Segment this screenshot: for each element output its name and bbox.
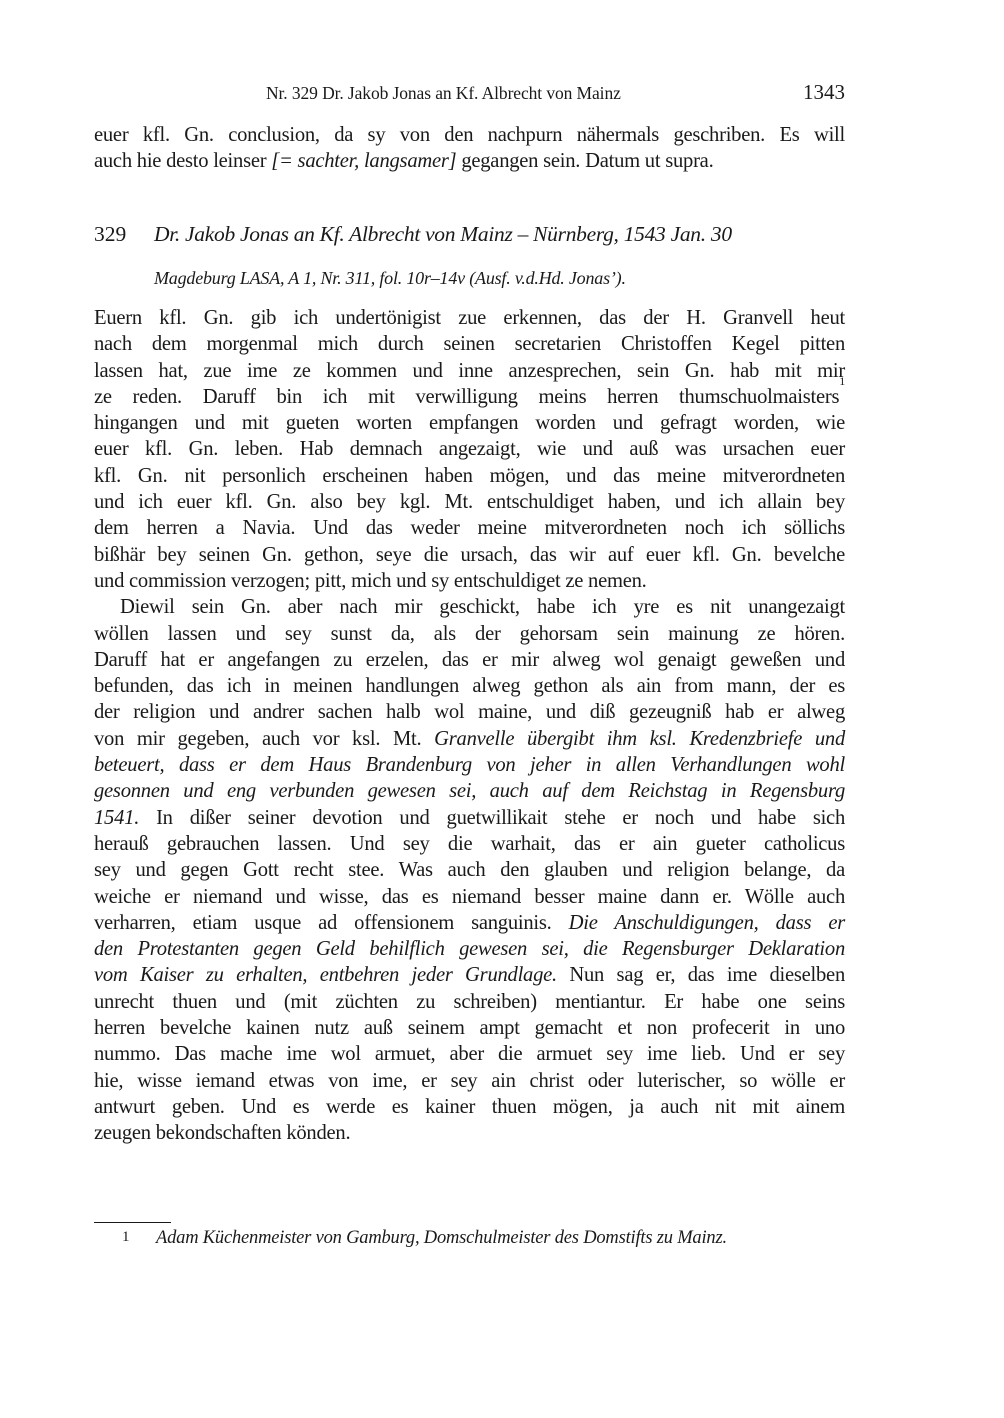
text-line: zeugen bekondschaften könden. <box>94 1120 845 1146</box>
text-line: herauß gebrauchen lassen. Und sey die wa… <box>94 831 845 857</box>
running-head: Nr. 329 Dr. Jakob Jonas an Kf. Albrecht … <box>94 80 845 106</box>
text-line: der religion und andrer sachen halb wol … <box>94 699 845 725</box>
editorial-summary: Granvelle übergibt ihm ksl. Kredenzbrief… <box>434 728 845 750</box>
editorial-summary: Die Anschuldigungen, dass er <box>569 912 845 934</box>
text-line: gesonnen und eng verbunden gewesen sei, … <box>94 778 845 804</box>
footnote-number: 1 <box>94 1229 156 1246</box>
text-line: herren bevelche kainen nutz auß seinem a… <box>94 1015 845 1041</box>
editorial-summary: 1541. <box>94 807 139 829</box>
editorial-summary: vom Kaiser zu erhalten, entbehren jeder … <box>94 964 557 986</box>
text-line: Euern kfl. Gn. gib ich undertönigist zue… <box>94 305 845 331</box>
text-line: und commission verzogen; pitt, mich und … <box>94 568 845 594</box>
footnote-divider <box>94 1222 171 1223</box>
text-line: den Protestanten gegen Geld behilflich g… <box>94 936 845 962</box>
document-body: Euern kfl. Gn. gib ich undertönigist zue… <box>94 305 845 1147</box>
previous-document-end: euer kfl. Gn. conclusion, da sy von den … <box>94 122 845 175</box>
editorial-summary: den Protestanten gegen Geld behilflich g… <box>94 938 845 960</box>
text-line: euer kfl. Gn. leben. Hab demnach angezai… <box>94 436 845 462</box>
text-line: nummo. Das mache ime wol armuet, aber di… <box>94 1041 845 1067</box>
text-line: Daruff hat er angefangen zu erzelen, das… <box>94 647 845 673</box>
document-number: 329 <box>94 222 154 247</box>
text-line: euer kfl. Gn. conclusion, da sy von den … <box>94 122 845 148</box>
editorial-summary: beteuert, dass er dem Haus Brandenburg v… <box>94 754 845 776</box>
text-line: wöllen lassen und sey sunst da, als der … <box>94 621 845 647</box>
text-line: bißhär bey seinen Gn. gethon, seye die u… <box>94 542 845 568</box>
paragraph-2: Diewil sein Gn. aber nach mir geschickt,… <box>94 594 845 1146</box>
footnote-text: Adam Küchenmeister von Gamburg, Domschul… <box>156 1228 727 1248</box>
text-line: lassen hat, zue ime ze kommen und inne a… <box>94 358 845 384</box>
editorial-gloss: [= sachter, langsamer] <box>271 150 456 172</box>
editorial-summary: gesonnen und eng verbunden gewesen sei, … <box>94 780 845 802</box>
text-line: 1541. In dißer seiner devotion und guetw… <box>94 805 845 831</box>
page-number: 1343 <box>803 80 845 105</box>
text-line: Diewil sein Gn. aber nach mir geschickt,… <box>94 594 845 620</box>
text-line: vom Kaiser zu erhalten, entbehren jeder … <box>94 962 845 988</box>
text-line: kfl. Gn. nit personlich erscheinen haben… <box>94 463 845 489</box>
text-line: hie, wisse iemand etwas von ime, er sey … <box>94 1068 845 1094</box>
text-line: weiche er niemand und wisse, das es niem… <box>94 884 845 910</box>
text-line: antwurt geben. Und es werde es kainer th… <box>94 1094 845 1120</box>
text-line: dem herren a Navia. Und das weder meine … <box>94 515 845 541</box>
source-citation: Magdeburg LASA, A 1, Nr. 311, fol. 10r–1… <box>154 268 626 289</box>
text-line: verharren, etiam usque ad offensionem sa… <box>94 910 845 936</box>
text-line: ze reden. Daruff bin ich mit verwilligun… <box>94 384 845 410</box>
text-line: beteuert, dass er dem Haus Brandenburg v… <box>94 752 845 778</box>
paragraph-1: Euern kfl. Gn. gib ich undertönigist zue… <box>94 305 845 594</box>
footnote-ref[interactable]: 1 <box>839 374 845 388</box>
text-line: nach dem morgenmal mich durch seinen sec… <box>94 331 845 357</box>
text-line: sey und gegen Gott recht stee. Was auch … <box>94 857 845 883</box>
running-title: Nr. 329 Dr. Jakob Jonas an Kf. Albrecht … <box>266 83 621 104</box>
text-line: unrecht thuen und (mit züchten zu schrei… <box>94 989 845 1015</box>
text-line: von mir gegeben, auch vor ksl. Mt. Granv… <box>94 726 845 752</box>
footnote: 1Adam Küchenmeister von Gamburg, Domschu… <box>94 1228 854 1249</box>
document-heading: 329Dr. Jakob Jonas an Kf. Albrecht von M… <box>94 222 854 247</box>
text-line: hingangen und mit gueten worten empfange… <box>94 410 845 436</box>
document-title: Dr. Jakob Jonas an Kf. Albrecht von Main… <box>154 222 732 246</box>
text-line: auch hie desto leinser [= sachter, langs… <box>94 148 845 174</box>
text-line: befunden, das ich in meinen handlungen a… <box>94 673 845 699</box>
text-line: und ich euer kfl. Gn. also bey kgl. Mt. … <box>94 489 845 515</box>
